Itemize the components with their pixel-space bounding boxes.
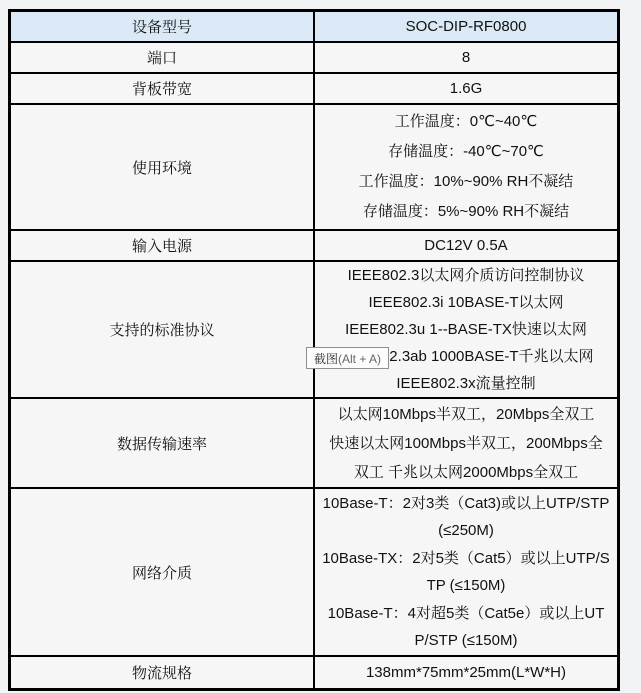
- table-row: 设备型号 SOC-DIP-RF0800: [10, 11, 619, 43]
- spec-value: 8: [314, 42, 619, 73]
- spec-value-line: 138mm*75mm*25mm(L*W*H): [317, 658, 615, 687]
- spec-value-line: 工作温度：10%~90% RH不凝结: [317, 167, 615, 197]
- spec-value-line: 10Base-TX：2对5类（Cat5）或以上UTP/S: [317, 545, 615, 573]
- spec-value-line: IEEE802.3以太网介质访问控制协议: [317, 262, 615, 289]
- spec-label: 物流规格: [10, 656, 315, 690]
- spec-value-line: IEEE802.3x流量控制: [317, 370, 615, 397]
- spec-value-line: 工作温度：0℃~40℃: [317, 107, 615, 137]
- spec-value-line: 10Base-T：4对超5类（Cat5e）或以上UT: [317, 600, 615, 628]
- spec-value-line: 快速以太网100Mbps半双工，200Mbps全: [317, 429, 615, 458]
- table-row: 背板带宽 1.6G: [10, 73, 619, 104]
- spec-value-line: 1.6G: [317, 74, 615, 103]
- spec-value: 1.6G: [314, 73, 619, 104]
- table-row: 物流规格 138mm*75mm*25mm(L*W*H): [10, 656, 619, 690]
- spec-value: SOC-DIP-RF0800: [314, 11, 619, 43]
- spec-label: 支持的标准协议: [10, 261, 315, 398]
- screenshot-tooltip: 截图(Alt + A): [306, 347, 389, 369]
- spec-value-line: 存储温度：5%~90% RH不凝结: [317, 197, 615, 227]
- spec-value: 以太网10Mbps半双工，20Mbps全双工 快速以太网100Mbps半双工，2…: [314, 398, 619, 488]
- spec-value-line: 存储温度：-40℃~70℃: [317, 137, 615, 167]
- spec-value-line: 以太网10Mbps半双工，20Mbps全双工: [317, 400, 615, 429]
- spec-label: 端口: [10, 42, 315, 73]
- screenshot-tooltip-shortcut: (Alt + A): [338, 352, 381, 366]
- spec-value-line: DC12V 0.5A: [317, 231, 615, 260]
- spec-value-line: IEEE802.3i 10BASE-T以太网: [317, 289, 615, 316]
- table-row: 支持的标准协议 IEEE802.3以太网介质访问控制协议 IEEE802.3i …: [10, 261, 619, 398]
- spec-label: 输入电源: [10, 230, 315, 261]
- table-row: 网络介质 10Base-T：2对3类（Cat3)或以上UTP/STP (≤250…: [10, 488, 619, 656]
- table-row: 输入电源 DC12V 0.5A: [10, 230, 619, 261]
- spec-label: 网络介质: [10, 488, 315, 656]
- spec-label: 背板带宽: [10, 73, 315, 104]
- spec-value: 工作温度：0℃~40℃ 存储温度：-40℃~70℃ 工作温度：10%~90% R…: [314, 104, 619, 230]
- spec-value: 138mm*75mm*25mm(L*W*H): [314, 656, 619, 690]
- spec-value-line: 8: [317, 43, 615, 72]
- table-row: 端口 8: [10, 42, 619, 73]
- spec-label: 数据传输速率: [10, 398, 315, 488]
- spec-value-line: (≤250M): [317, 517, 615, 545]
- spec-label: 使用环境: [10, 104, 315, 230]
- screenshot-tooltip-label: 截图: [314, 352, 338, 366]
- spec-value-line: P/STP (≤150M): [317, 627, 615, 655]
- spec-value-line: 10Base-T：2对3类（Cat3)或以上UTP/STP: [317, 490, 615, 518]
- spec-value-line: SOC-DIP-RF0800: [317, 12, 615, 41]
- table-row: 使用环境 工作温度：0℃~40℃ 存储温度：-40℃~70℃ 工作温度：10%~…: [10, 104, 619, 230]
- table-row: 数据传输速率 以太网10Mbps半双工，20Mbps全双工 快速以太网100Mb…: [10, 398, 619, 488]
- spec-value: IEEE802.3以太网介质访问控制协议 IEEE802.3i 10BASE-T…: [314, 261, 619, 398]
- spec-value: DC12V 0.5A: [314, 230, 619, 261]
- spec-label: 设备型号: [10, 11, 315, 43]
- spec-value-line: 双工 千兆以太网2000Mbps全双工: [317, 458, 615, 487]
- spec-value: 10Base-T：2对3类（Cat3)或以上UTP/STP (≤250M) 10…: [314, 488, 619, 656]
- spec-value-line: TP (≤150M): [317, 572, 615, 600]
- spec-value-line: IEEE802.3u 1--BASE-TX快速以太网: [317, 316, 615, 343]
